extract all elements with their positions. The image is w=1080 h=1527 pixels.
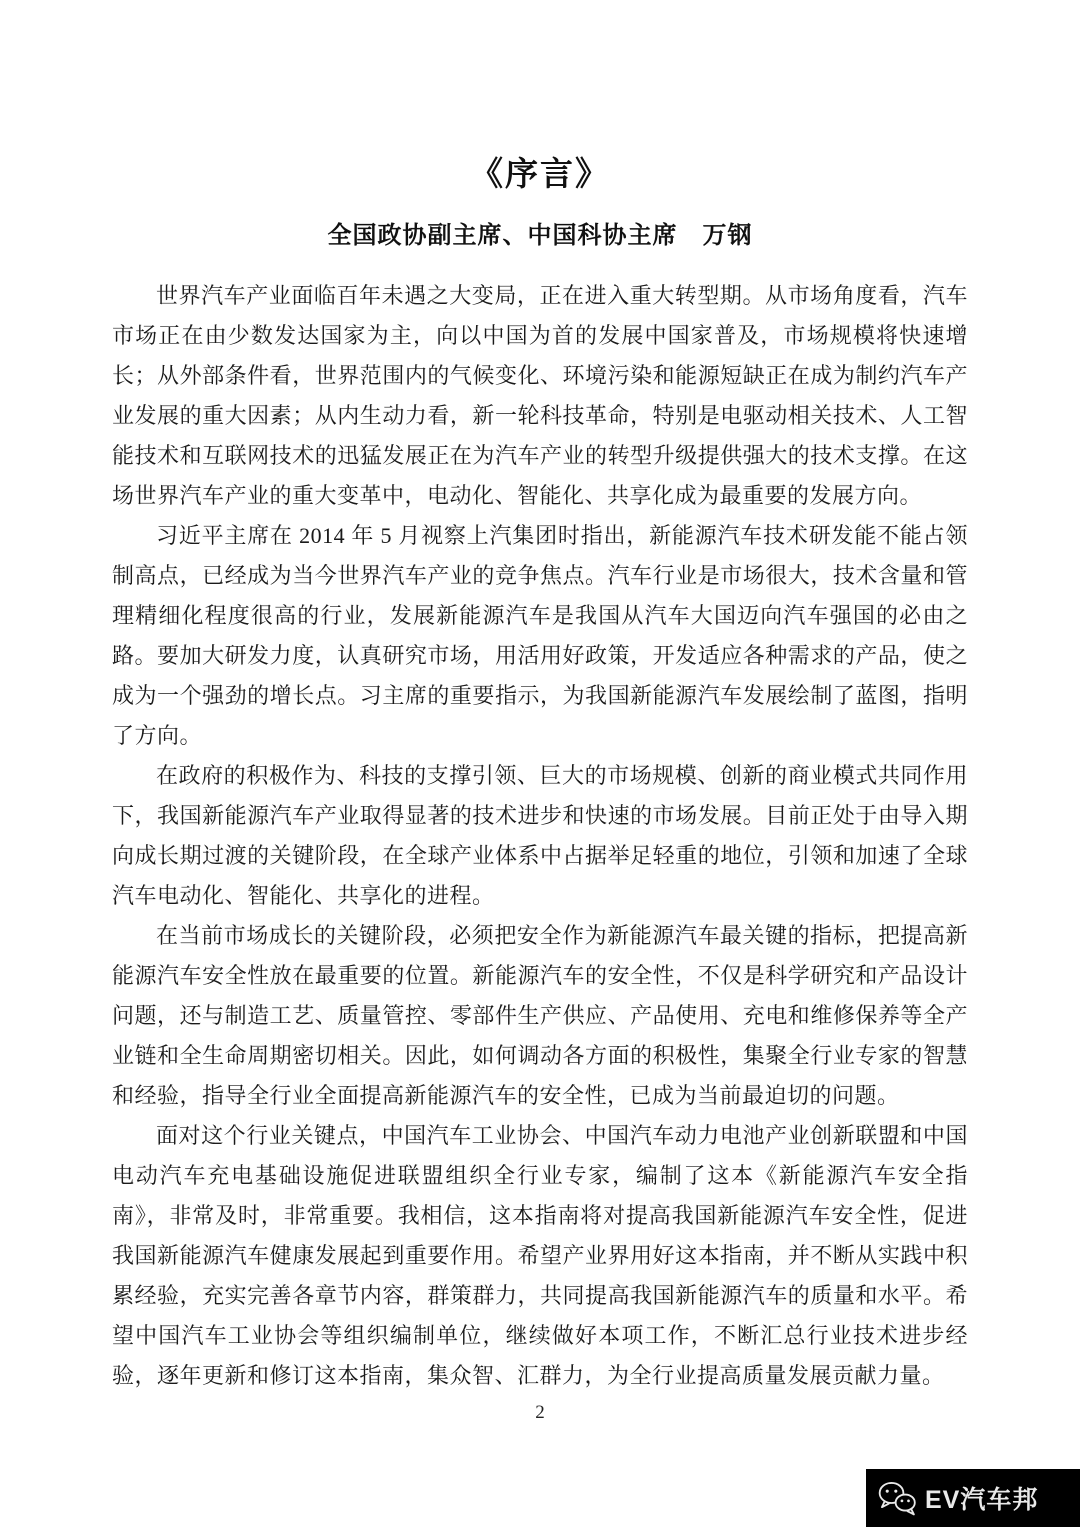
body-paragraph: 习近平主席在 2014 年 5 月视察上汽集团时指出，新能源汽车技术研发能不能占… (112, 516, 968, 756)
body-paragraph: 在政府的积极作为、科技的支撑引领、巨大的市场规模、创新的商业模式共同作用下，我国… (112, 756, 968, 916)
brand-name: EV汽车邦 (925, 1480, 1038, 1516)
brand-watermark: EV汽车邦 (866, 1469, 1080, 1527)
body-paragraph: 面对这个行业关键点，中国汽车工业协会、中国汽车动力电池产业创新联盟和中国电动汽车… (112, 1116, 968, 1396)
document-body: 世界汽车产业面临百年未遇之大变局，正在进入重大转型期。从市场角度看，汽车市场正在… (112, 276, 968, 1396)
page-number: 2 (0, 1402, 1080, 1424)
author-line: 全国政协副主席、中国科协主席 万钢 (0, 220, 1080, 252)
document-page: 《序言》 全国政协副主席、中国科协主席 万钢 世界汽车产业面临百年未遇之大变局，… (0, 0, 1080, 1527)
body-paragraph: 在当前市场成长的关键阶段，必须把安全作为新能源汽车最关键的指标，把提高新能源汽车… (112, 916, 968, 1116)
page-title: 《序言》 (0, 0, 1080, 196)
body-paragraph: 世界汽车产业面临百年未遇之大变局，正在进入重大转型期。从市场角度看，汽车市场正在… (112, 276, 968, 516)
wechat-icon (876, 1479, 918, 1517)
